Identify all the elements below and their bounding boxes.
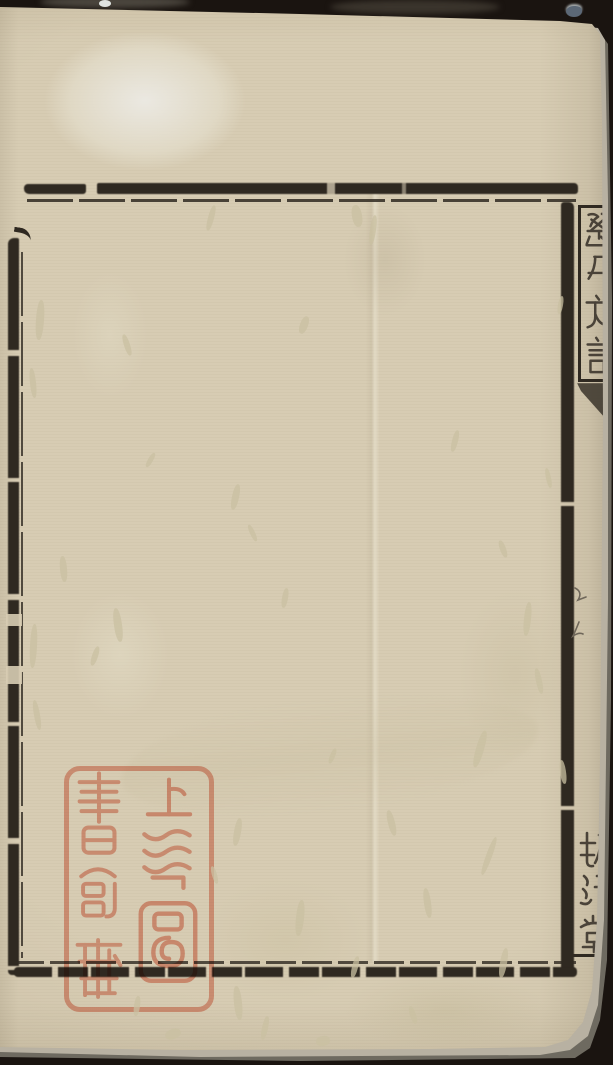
background-blur-blob [40,0,190,8]
worm-damage-gap [6,666,22,684]
seal-char-cang [72,932,126,1006]
fold-crease [366,190,382,962]
frame-border-left [8,238,19,975]
seal-char-shang [138,772,200,822]
hall-label-border [570,892,573,956]
seal-char-tu [134,898,202,986]
worm-damage-gap [6,614,22,626]
frame-border-top [24,184,86,194]
frame-border-top-inner [27,199,576,202]
frame-border-top [97,183,578,194]
paper-speck [566,6,582,17]
paper-speck [99,0,111,7]
title-label-border [578,206,581,382]
library-collection-seal [64,766,214,1012]
scanned-page [0,0,613,1065]
seal-char-guan [70,862,126,928]
frame-border-left-inner [21,252,23,958]
background-blur-blob [330,0,500,14]
seal-char-hai [136,824,200,894]
seal-char-shu [70,768,128,860]
margin-handwriting-mark [569,584,589,648]
